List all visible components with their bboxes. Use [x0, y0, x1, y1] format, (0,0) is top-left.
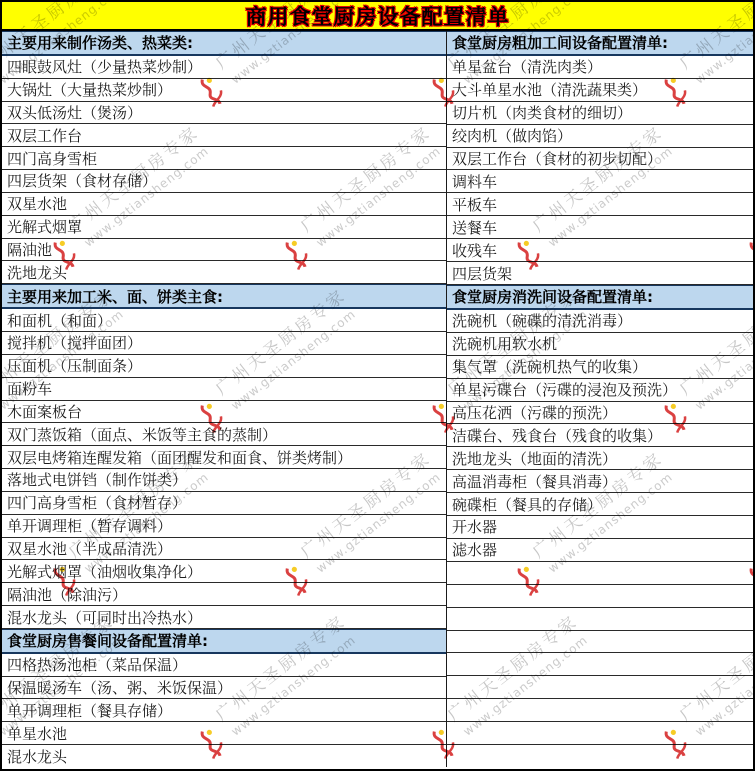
table-row: 洗地龙头 [2, 261, 446, 284]
table-row: 集气罩（洗碗机热气的收集） [447, 356, 753, 379]
table-row: 双头低汤灶（煲汤） [2, 102, 446, 125]
table-row: 保温暖汤车（汤、粥、米饭保温） [2, 677, 446, 700]
table-row: 双门蒸饭箱（面点、米饭等主食的蒸制） [2, 423, 446, 446]
table-row: 调料车 [447, 170, 753, 193]
table-row [447, 653, 753, 676]
table-row: 洗地龙头（地面的清洗） [447, 447, 753, 470]
table-row [447, 722, 753, 745]
table-row: 搅拌机（搅拌面团） [2, 332, 446, 355]
table-row: 混水龙头（可同时出冷热水） [2, 606, 446, 629]
table-row: 面粉车 [2, 378, 446, 401]
table-row: 和面机（和面） [2, 309, 446, 332]
table-row: 平板车 [447, 193, 753, 216]
table-row [447, 745, 753, 767]
table-row: 开水器 [447, 516, 753, 539]
equipment-list-sheet: 商用食堂厨房设备配置清单 主要用来制作汤类、热菜类:四眼鼓风灶（少量热菜炒制）大… [0, 0, 755, 771]
table-row: 落地式电饼铛（制作饼类） [2, 469, 446, 492]
table-row: 单星污碟台（污碟的浸泡及预洗） [447, 379, 753, 402]
page-title: 商用食堂厨房设备配置清单 [2, 2, 753, 31]
table-row: 四层货架 [447, 262, 753, 285]
table-row [447, 562, 753, 585]
table-row: 切片机（肉类食材的细切） [447, 102, 753, 125]
table-row: 高压花洒（污碟的预洗） [447, 402, 753, 425]
table-row: 四格热汤池柜（菜品保温） [2, 654, 446, 677]
table-row: 大锅灶（大量热菜炒制） [2, 79, 446, 102]
table-row: 大斗单星水池（清洗蔬果类） [447, 79, 753, 102]
table-row: 木面案板台 [2, 401, 446, 424]
table-row: 滤水器 [447, 539, 753, 562]
table-row: 光解式烟罩（油烟收集净化） [2, 560, 446, 583]
table-row: 单星水池 [2, 722, 446, 745]
section-header-row: 食堂厨房售餐间设备配置清单: [2, 629, 446, 654]
table-row [447, 699, 753, 722]
table-row: 隔油池 [2, 239, 446, 262]
table-row: 收残车 [447, 239, 753, 262]
table-row: 双星水池（半成品清洗） [2, 538, 446, 561]
table-row: 高温消毒柜（餐具消毒） [447, 470, 753, 493]
table-row: 单开调理柜（餐具存储） [2, 699, 446, 722]
table-row: 四眼鼓风灶（少量热菜炒制） [2, 56, 446, 79]
table-row: 洗碗机（碗碟的清洗消毒） [447, 310, 753, 333]
section-header-row: 食堂厨房消洗间设备配置清单: [447, 285, 753, 310]
table-column-right: 食堂厨房粗加工间设备配置清单:单星盆台（清洗肉类）大斗单星水池（清洗蔬果类）切片… [447, 31, 753, 767]
table-row [447, 585, 753, 608]
table-body: 主要用来制作汤类、热菜类:四眼鼓风灶（少量热菜炒制）大锅灶（大量热菜炒制）双头低… [2, 31, 753, 767]
table-row: 洗碗机用软水机 [447, 333, 753, 356]
table-row [447, 608, 753, 631]
table-row: 双层工作台 [2, 124, 446, 147]
table-row [447, 676, 753, 699]
table-row: 绞肉机（做肉馅） [447, 125, 753, 148]
section-header-row: 主要用来加工米、面、饼类主食: [2, 284, 446, 309]
table-row: 碗碟柜（餐具的存储） [447, 493, 753, 516]
table-column-left: 主要用来制作汤类、热菜类:四眼鼓风灶（少量热菜炒制）大锅灶（大量热菜炒制）双头低… [2, 31, 447, 767]
table-row: 光解式烟罩 [2, 216, 446, 239]
table-row: 单星盆台（清洗肉类） [447, 56, 753, 79]
table-row: 洁碟台、残食台（残食的收集） [447, 424, 753, 447]
table-row: 单开调理柜（暂存调料） [2, 515, 446, 538]
table-row: 四层货架（食材存储） [2, 170, 446, 193]
table-row: 混水龙头 [2, 745, 446, 767]
table-row [447, 631, 753, 654]
section-header-row: 主要用来制作汤类、热菜类: [2, 31, 446, 56]
section-header-row: 食堂厨房粗加工间设备配置清单: [447, 31, 753, 56]
table-row: 双层电烤箱连醒发箱（面团醒发和面食、饼类烤制） [2, 446, 446, 469]
table-row: 四门高身雪柜 [2, 147, 446, 170]
table-row: 隔油池（除油污） [2, 583, 446, 606]
table-row: 压面机（压制面条） [2, 355, 446, 378]
table-row: 双层工作台（食材的初步切配） [447, 148, 753, 171]
table-row: 四门高身雪柜（食材暂存） [2, 492, 446, 515]
table-row: 送餐车 [447, 216, 753, 239]
table-row: 双星水池 [2, 193, 446, 216]
